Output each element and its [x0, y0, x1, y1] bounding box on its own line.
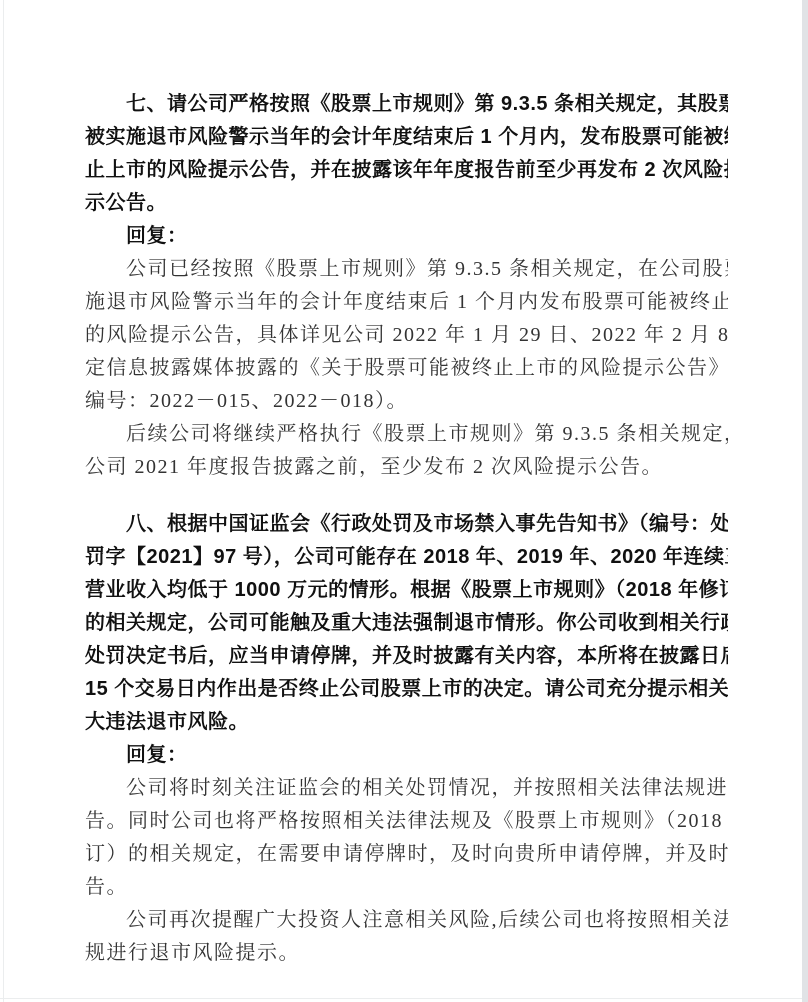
reply-line: 公司 2021 年度报告披露之前，至少发布 2 次风险提示公告。 — [85, 451, 728, 484]
reply-paragraph: 公司已经按照《股票上市规则》第 9.3.5 条相关规定，在公司股票被实施退市风险… — [85, 253, 728, 418]
scrollbar-track — [802, 0, 808, 1002]
reply-line: 施退市风险警示当年的会计年度结束后 1 个月内发布股票可能被终止上市 — [85, 286, 728, 319]
reply-paragraph: 公司再次提醒广大投资人注意相关风险,后续公司也将按照相关法律法规进行退市风险提示… — [85, 904, 728, 970]
reply-line: 的风险提示公告，具体详见公司 2022 年 1 月 29 日、2022 年 2 … — [85, 319, 728, 352]
question-paragraph: 七、请公司严格按照《股票上市规则》第 9.3.5 条相关规定，其股票被实施退市风… — [85, 88, 728, 220]
reply-paragraph: 后续公司将继续严格执行《股票上市规则》第 9.3.5 条相关规定，在公司 202… — [85, 418, 728, 484]
question-paragraph: 八、根据中国证监会《行政处罚及市场禁入事先告知书》（编号：处罚字【2021】97… — [85, 508, 728, 739]
question-line: 八、根据中国证监会《行政处罚及市场禁入事先告知书》（编号：处 — [85, 508, 728, 541]
question-line: 罚字【2021】97 号），公司可能存在 2018 年、2019 年、2020 … — [85, 541, 728, 574]
reply-line: 定信息披露媒体披露的《关于股票可能被终止上市的风险提示公告》（公告 — [85, 352, 728, 385]
reply-label: 回复： — [85, 739, 728, 772]
question-line: 止上市的风险提示公告，并在披露该年年度报告前至少再发布 2 次风险提 — [85, 154, 728, 187]
reply-line: 后续公司将继续严格执行《股票上市规则》第 9.3.5 条相关规定，在 — [85, 418, 728, 451]
question-line: 大违法退市风险。 — [85, 706, 728, 739]
reply-line: 订）的相关规定，在需要申请停牌时，及时向贵所申请停牌，并及时进行公 — [85, 838, 728, 871]
reply-line: 公司已经按照《股票上市规则》第 9.3.5 条相关规定，在公司股票被实 — [85, 253, 728, 286]
reply-line: 编号：2022－015、2022－018）。 — [85, 385, 728, 418]
document-page: 七、请公司严格按照《股票上市规则》第 9.3.5 条相关规定，其股票被实施退市风… — [0, 0, 808, 1002]
qa-section: 七、请公司严格按照《股票上市规则》第 9.3.5 条相关规定，其股票被实施退市风… — [85, 88, 728, 484]
qa-section: 八、根据中国证监会《行政处罚及市场禁入事先告知书》（编号：处罚字【2021】97… — [85, 508, 728, 970]
reply-line: 规进行退市风险提示。 — [85, 937, 728, 970]
reply-line: 公司再次提醒广大投资人注意相关风险,后续公司也将按照相关法律法 — [85, 904, 728, 937]
question-line: 示公告。 — [85, 187, 728, 220]
reply-line: 告。 — [85, 871, 728, 904]
question-line: 处罚决定书后，应当申请停牌，并及时披露有关内容，本所将在披露日后 — [85, 640, 728, 673]
reply-line: 公司将时刻关注证监会的相关处罚情况，并按照相关法律法规进行公 — [85, 772, 728, 805]
document-content: 七、请公司严格按照《股票上市规则》第 9.3.5 条相关规定，其股票被实施退市风… — [85, 88, 728, 970]
page-bottom-border — [0, 998, 802, 999]
question-line: 15 个交易日内作出是否终止公司股票上市的决定。请公司充分提示相关重 — [85, 673, 728, 706]
reply-line: 告。同时公司也将严格按照相关法律法规及《股票上市规则》（2018 年修 — [85, 805, 728, 838]
reply-paragraph: 公司将时刻关注证监会的相关处罚情况，并按照相关法律法规进行公告。同时公司也将严格… — [85, 772, 728, 904]
question-line: 七、请公司严格按照《股票上市规则》第 9.3.5 条相关规定，其股票 — [85, 88, 728, 121]
question-line: 的相关规定，公司可能触及重大违法强制退市情形。你公司收到相关行政 — [85, 607, 728, 640]
question-line: 营业收入均低于 1000 万元的情形。根据《股票上市规则》（2018 年修订） — [85, 574, 728, 607]
question-line: 被实施退市风险警示当年的会计年度结束后 1 个月内，发布股票可能被终 — [85, 121, 728, 154]
reply-label: 回复： — [85, 220, 728, 253]
page-left-border — [3, 0, 4, 1002]
